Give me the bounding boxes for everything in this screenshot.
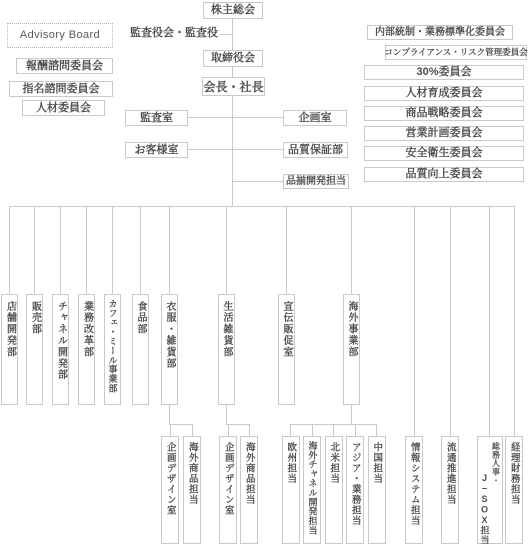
connector-drop-dept bbox=[351, 206, 352, 294]
label-auditors: 監査役会・監査役 bbox=[130, 28, 218, 39]
box-advisory-board: Advisory Board bbox=[7, 23, 113, 48]
connector-apparel-drop bbox=[170, 424, 171, 436]
connector-drop-staff bbox=[514, 206, 515, 436]
box-compensation-advisory-committee: 報酬諮問委員会 bbox=[16, 58, 113, 74]
connector-overseas-stem bbox=[351, 405, 352, 424]
box-nomination-advisory-committee: 指名諮問委員会 bbox=[9, 81, 113, 97]
connector-apparel-drop bbox=[192, 424, 193, 436]
box-compliance-risk-committee: コンプライアンス・リスク管理委員会 bbox=[385, 45, 527, 60]
connector-drop-dept bbox=[86, 206, 87, 294]
box-quality-improvement-committee: 品質向上委員会 bbox=[364, 167, 524, 182]
box-internal-control-committee: 内部統制・業務標準化委員会 bbox=[367, 25, 513, 40]
subdept-overseas-channel-development: 海外チャネル開発担当 bbox=[303, 436, 321, 544]
box-sales-planning-committee: 営業計画委員会 bbox=[364, 126, 524, 141]
box-president: 会長・社長 bbox=[202, 77, 265, 96]
connector-drop-staff bbox=[489, 206, 490, 436]
connector-overseas-drop bbox=[290, 424, 291, 436]
dept-cafe-meal-business: カフェ・ミール事業部 bbox=[104, 294, 121, 405]
subdept-asia-operations: アジア・業務担当 bbox=[346, 436, 364, 544]
dept-business-reform: 業務改革部 bbox=[78, 294, 95, 405]
org-chart: 株主総会 監査役会・監査役 取締役会 会長・社長 Advisory Board … bbox=[0, 0, 530, 549]
connector-assortment bbox=[233, 181, 283, 182]
staff-general-affairs-label: 総務人事・ bbox=[492, 442, 500, 485]
staff-information-systems: 情報システム担当 bbox=[405, 436, 423, 544]
box-quality-assurance-dept: 品質保証部 bbox=[283, 142, 348, 158]
connector-trunk bbox=[9, 206, 514, 207]
subdept-north-america: 北米担当 bbox=[325, 436, 343, 544]
box-board-of-directors: 取締役会 bbox=[203, 50, 263, 67]
dept-apparel-goods: 衣服・雑貨部 bbox=[161, 294, 178, 405]
connector-drop-dept bbox=[140, 206, 141, 294]
box-thirty-percent-committee: 30%委員会 bbox=[364, 65, 524, 80]
box-shareholders-meeting: 株主総会 bbox=[203, 2, 263, 19]
subdept-planning-design-apparel: 企画デザイン室 bbox=[161, 436, 179, 544]
staff-accounting-finance: 経理財務担当 bbox=[505, 436, 523, 544]
dept-food: 食品部 bbox=[132, 294, 149, 405]
box-audit-office: 監査室 bbox=[125, 110, 188, 126]
connector-drop-staff bbox=[414, 206, 415, 436]
connector-overseas-drop bbox=[376, 424, 377, 436]
connector-apparel-bar bbox=[169, 424, 192, 425]
connector-overseas-drop bbox=[333, 424, 334, 436]
dept-overseas-business: 海外事業部 bbox=[343, 294, 360, 405]
dept-channel-development: チャネル開発部 bbox=[52, 294, 69, 405]
subdept-overseas-products-apparel: 海外商品担当 bbox=[183, 436, 201, 544]
box-planning-office: 企画室 bbox=[283, 110, 347, 126]
box-safety-health-committee: 安全衛生委員会 bbox=[364, 146, 524, 161]
connector-planning-office bbox=[233, 117, 283, 118]
box-product-strategy-committee: 商品戦略委員会 bbox=[364, 106, 524, 121]
connector-household-drop bbox=[228, 424, 229, 436]
connector-household-drop bbox=[249, 424, 250, 436]
connector-drop-dept bbox=[9, 206, 10, 294]
connector-spine bbox=[232, 19, 233, 206]
dept-household-goods: 生活雑貨部 bbox=[218, 294, 235, 405]
connector-drop-dept bbox=[286, 206, 287, 294]
dept-advertising-promotion: 宣伝販促室 bbox=[278, 294, 295, 405]
subdept-planning-design-household: 企画デザイン室 bbox=[219, 436, 237, 544]
connector-overseas-drop bbox=[355, 424, 356, 436]
connector-drop-dept bbox=[112, 206, 113, 294]
connector-household-bar bbox=[226, 424, 249, 425]
box-hr-development-committee: 人材育成委員会 bbox=[364, 86, 524, 101]
connector-drop-dept bbox=[169, 206, 170, 294]
box-hr-committee: 人材委員会 bbox=[22, 100, 105, 116]
dept-sales: 販売部 bbox=[26, 294, 43, 405]
connector-drop-dept bbox=[226, 206, 227, 294]
connector-drop-dept bbox=[60, 206, 61, 294]
connector-quality-assurance bbox=[233, 149, 283, 150]
box-customer-office: お客様室 bbox=[125, 142, 188, 158]
connector-audit-office bbox=[188, 117, 232, 118]
connector-overseas-drop bbox=[312, 424, 313, 436]
staff-distribution-promotion: 流通推進担当 bbox=[441, 436, 459, 544]
connector-household-stem bbox=[226, 405, 227, 424]
subdept-china: 中国担当 bbox=[368, 436, 386, 544]
staff-general-affairs-jsox: 総務人事・ J−SOX担当 bbox=[477, 436, 503, 544]
subdept-overseas-products-household: 海外商品担当 bbox=[240, 436, 258, 544]
box-assortment-development: 品揃開発担当 bbox=[283, 174, 349, 189]
connector-auditors bbox=[220, 34, 232, 35]
subdept-europe: 欧州担当 bbox=[282, 436, 300, 544]
dept-store-development: 店舗開発部 bbox=[1, 294, 18, 405]
connector-apparel-stem bbox=[169, 405, 170, 424]
staff-jsox-label: J−SOX担当 bbox=[480, 473, 489, 545]
connector-customer-office bbox=[188, 149, 232, 150]
connector-drop-dept bbox=[34, 206, 35, 294]
connector-drop-staff bbox=[450, 206, 451, 436]
